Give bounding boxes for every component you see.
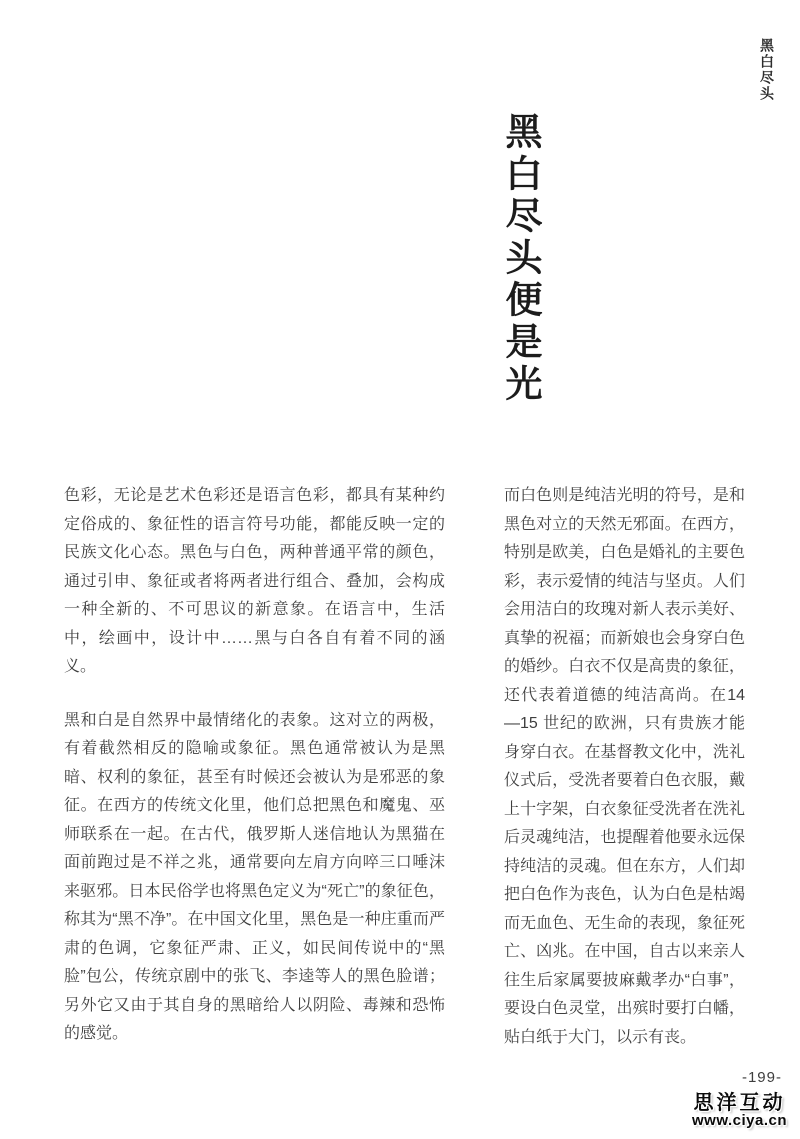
- book-page: 黑白尽头 黑白尽头便是光 色彩，无论是艺术色彩还是语言色彩，都具有某种约定俗成的…: [0, 0, 800, 1139]
- paragraph-black-symbolism: 黑和白是自然界中最情绪化的表象。这对立的两极，有着截然相反的隐喻或象征。黑色通常…: [64, 707, 445, 1049]
- watermark: 思洋互动 www.ciya.cn: [692, 1093, 787, 1129]
- watermark-url: www.ciya.cn: [692, 1113, 787, 1128]
- left-text-column: 色彩，无论是艺术色彩还是语言色彩，都具有某种约定俗成的、象征性的语言符号功能，都…: [64, 482, 445, 1049]
- right-text-column: 而白色则是纯洁光明的符号，是和黑色对立的天然无邪面。在西方，特别是欧美，白色是婚…: [504, 482, 745, 1052]
- page-number: -199-: [742, 1069, 782, 1086]
- watermark-brand-name: 思洋互动: [692, 1093, 787, 1113]
- page-edge-chapter-label: 黑白尽头: [755, 38, 775, 102]
- paragraph-colors-intro: 色彩，无论是艺术色彩还是语言色彩，都具有某种约定俗成的、象征性的语言符号功能，都…: [64, 482, 445, 682]
- paragraph-white-symbolism: 而白色则是纯洁光明的符号，是和黑色对立的天然无邪面。在西方，特别是欧美，白色是婚…: [504, 482, 745, 1052]
- chapter-title: 黑白尽头便是光: [499, 112, 539, 406]
